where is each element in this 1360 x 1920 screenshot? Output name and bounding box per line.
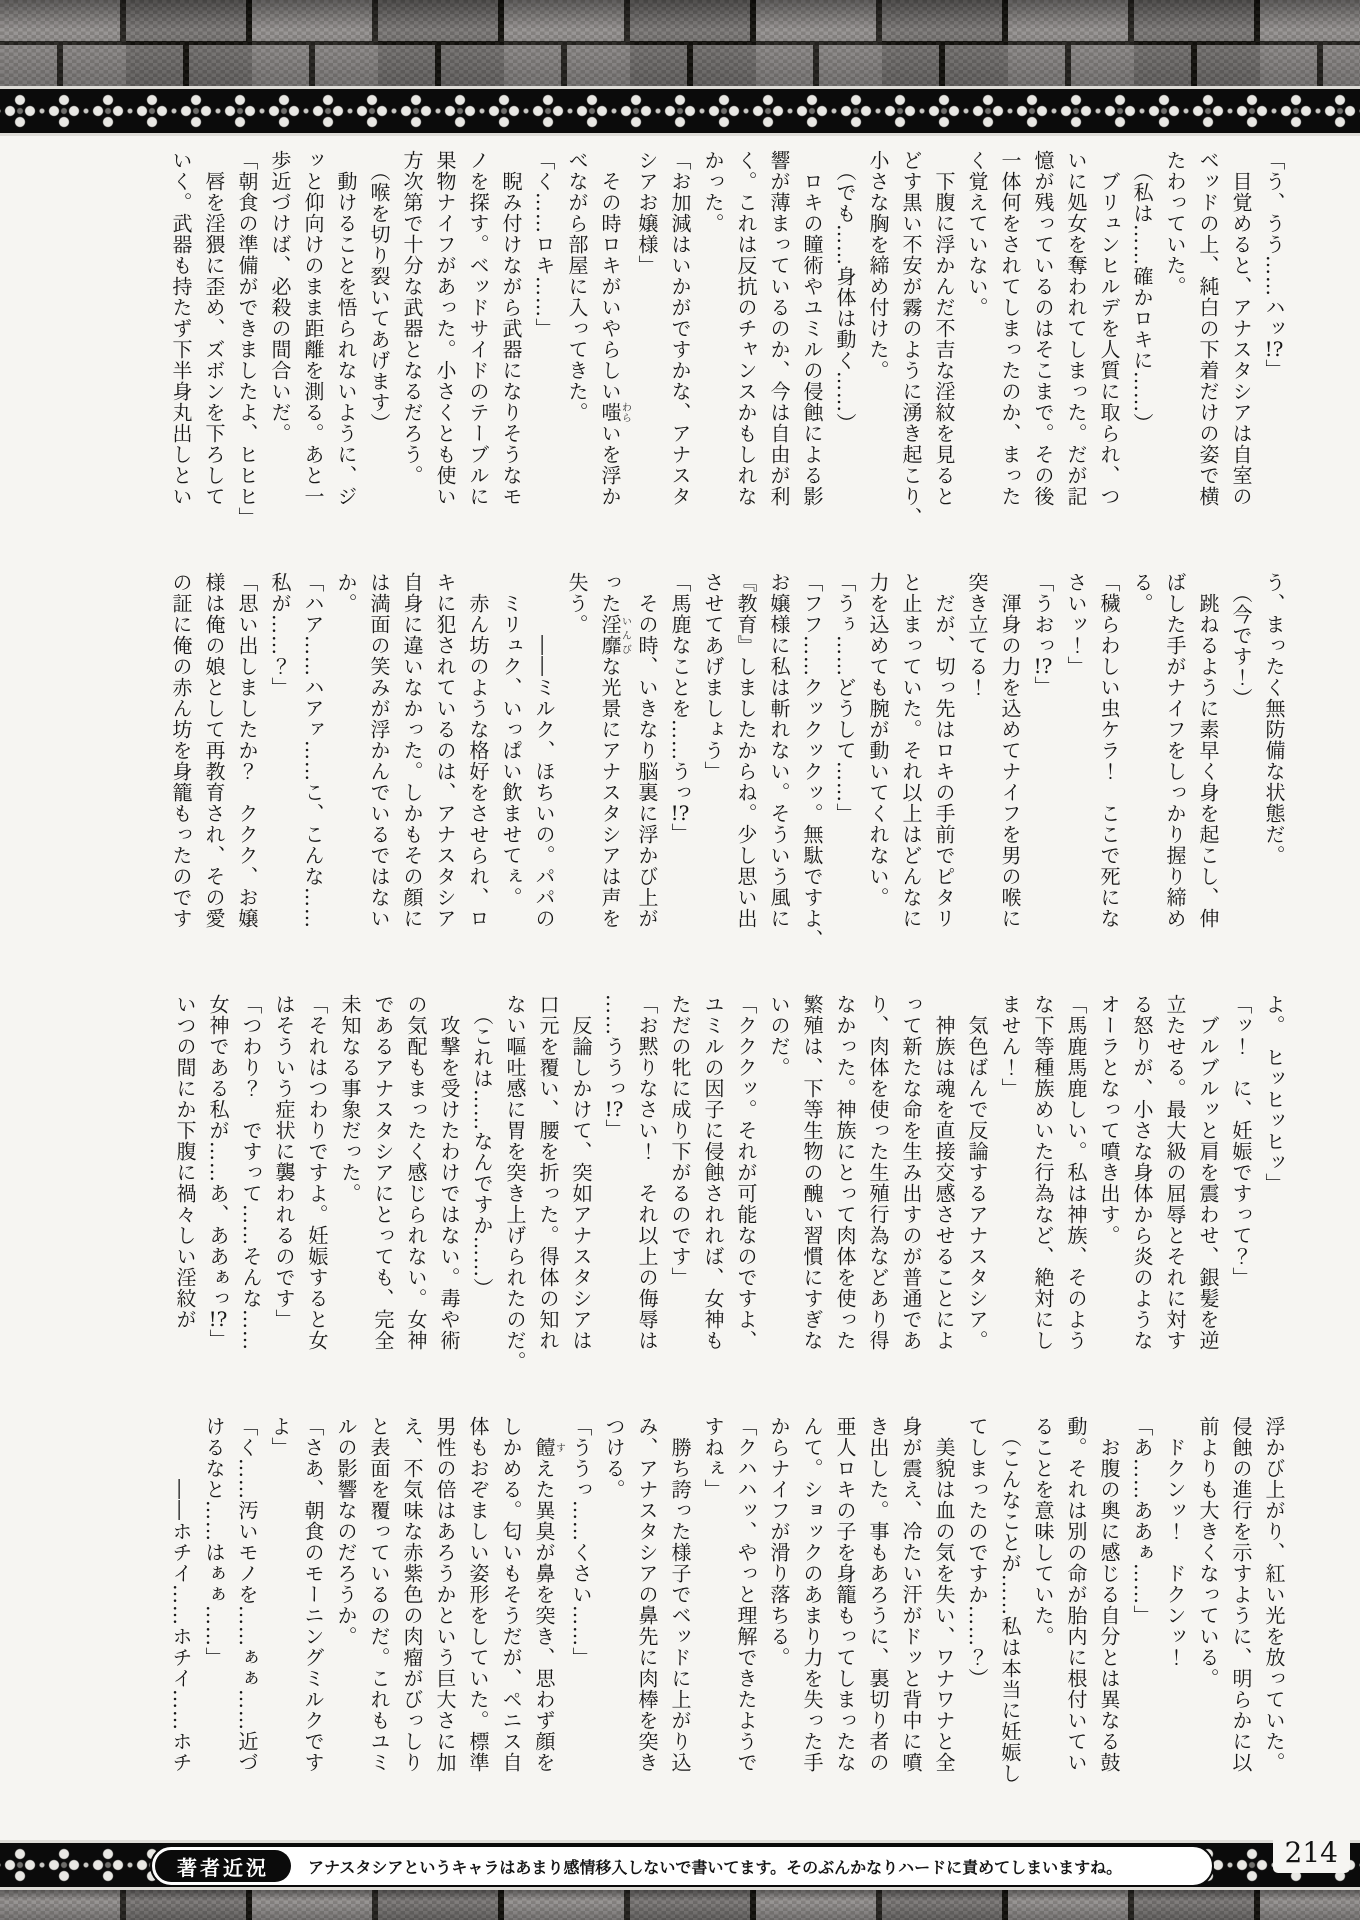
- text-column: ユミルの因子に侵蝕されれば、女神も: [696, 994, 729, 1384]
- text-column: ロキの瞳術やユミルの侵蝕による影: [795, 150, 828, 540]
- text-column: ――ホチイ……ホチイ……ホチ: [166, 1416, 197, 1806]
- text-column: の気配もまったく感じられない。女神: [399, 994, 432, 1384]
- text-column: 「お加減はいかがですかな、アナスタ: [663, 150, 696, 540]
- tate-chu-yoko: !?: [1262, 339, 1286, 359]
- text-column: シアお嬢様」: [630, 150, 663, 540]
- text-column: 浮かび上がり、紅い光を放っていた。: [1257, 1416, 1290, 1806]
- text-column: ッと仰向けのまま距離を測る。あと一: [296, 150, 329, 540]
- text-column: 「うおっ!?」: [1026, 572, 1059, 962]
- text-column: 「つわり？ ですって……そんな……: [234, 994, 267, 1384]
- floral-ornament-bottom: 著者近況 アナスタシアというキャラはあまり感情移入しないで書いてます。そのぶんか…: [0, 1840, 1360, 1890]
- floral-ornament-top: [0, 86, 1360, 136]
- text-column: り、肉体を使った生殖行為などあり得: [861, 994, 894, 1384]
- text-column: お腹の奥に感じる自分とは異なる鼓: [1092, 1416, 1125, 1806]
- text-column: み、アナスタシアの鼻先に肉棒を突き: [630, 1416, 663, 1806]
- text-column: ない嘔吐感に胃を突き上げられたのだ。: [498, 994, 531, 1384]
- text-column: 『教育』しましたからね。少し思い出: [729, 572, 762, 962]
- text-column: からナイフが滑り落ちる。: [762, 1416, 795, 1806]
- text-column: いのだ。: [762, 994, 795, 1384]
- tate-chu-yoko: !?: [602, 1099, 626, 1119]
- text-column: は満面の笑みが浮かんでいるではない: [362, 572, 395, 962]
- text-column: 勝ち誇った様子でベッドに上がり込: [663, 1416, 696, 1806]
- text-column: 口元を覆い、腰を折った。得体の知れ: [531, 994, 564, 1384]
- text-column: すねぇ」: [696, 1416, 729, 1806]
- text-column: か。: [329, 572, 362, 962]
- text-column: な下等種族めいた行為など、絶対にし: [1026, 994, 1059, 1384]
- text-column: 未知なる事象だった。: [333, 994, 366, 1384]
- text-column: （私は……確かロキに……）: [1125, 150, 1158, 540]
- text-column: ノを探す。ベッドサイドのテーブルに: [461, 150, 494, 540]
- text-column: 「あ……ああぁ……」: [1125, 1416, 1158, 1806]
- text-column: 神族は魂を直接交感させることによ: [927, 994, 960, 1384]
- text-column: ブルブルッと肩を震わせ、銀髪を逆: [1191, 994, 1224, 1384]
- text-column: 「それはつわりですよ。妊娠すると女: [300, 994, 333, 1384]
- text-column: 失う。: [560, 572, 593, 962]
- text-column: であるアナスタシアにとっても、完全: [366, 994, 399, 1384]
- text-column: ブリュンヒルデを人質に取られ、つ: [1092, 150, 1125, 540]
- text-column: 体もおぞましい姿形をしていた。標準: [461, 1416, 494, 1806]
- text-column: 小さな胸を締め付けた。: [861, 150, 894, 540]
- text-column: 美貌は血の気を失い、ワナワナと全: [927, 1416, 960, 1806]
- text-column: 「馬鹿馬鹿しい。私は神族、そのよう: [1059, 994, 1092, 1384]
- text-column: く覚えていない。: [960, 150, 993, 540]
- text-column: 立たせる。最大級の屈辱とそれに対す: [1158, 994, 1191, 1384]
- text-column: る怒りが、小さな身体から炎のような: [1125, 994, 1158, 1384]
- page-number: 214: [1273, 1833, 1350, 1873]
- text-column: 憶が残っているのはそこまで。その後: [1026, 150, 1059, 540]
- text-column: 繁殖は、下等生物の醜い習慣にすぎな: [795, 994, 828, 1384]
- text-column: 「く……汚いモノを……ぁぁ……近づ: [230, 1416, 263, 1806]
- text-column: 饐すえた異臭が鼻を突き、思わず顔を: [527, 1416, 564, 1806]
- tate-chu-yoko: !?: [206, 1309, 230, 1329]
- text-column: 女神である私が……あ、ああぁっ!?」: [201, 994, 234, 1384]
- tate-chu-yoko: !?: [1031, 656, 1055, 676]
- author-note-label: 著者近況: [155, 1850, 291, 1882]
- brick-texture-bottom: [0, 1890, 1360, 1920]
- text-column: ――ミルク、ほちいの。パパの: [527, 572, 560, 962]
- text-column: けるなと……はぁぁ……」: [197, 1416, 230, 1806]
- text-column: 私が……？」: [263, 572, 296, 962]
- text-column: 自身に違いなかった。しかもその顔に: [395, 572, 428, 962]
- text-column: った淫靡いんびな光景にアナスタシアは声を: [593, 572, 630, 962]
- text-column: その時、いきなり脳裏に浮かび上が: [630, 572, 663, 962]
- text-column: よ。 ヒッヒッヒッ」: [1257, 994, 1290, 1384]
- text-column: 「ッ！ に、妊娠ですって？」: [1224, 994, 1257, 1384]
- text-column: ミリュク、いっぱい飲ませてぇ。: [494, 572, 527, 962]
- text-column: 赤ん坊のような格好をさせられ、ロ: [461, 572, 494, 962]
- text-column: 「クククッ。それが可能なのですよ、: [729, 994, 762, 1384]
- text-column: う、まったく無防備な状態だ。: [1257, 572, 1290, 962]
- text-column: 「馬鹿なことを……うっ!?」: [663, 572, 696, 962]
- text-column: 身が震え、冷たい汗がドッと背中に噴: [894, 1416, 927, 1806]
- text-column: 力を込めても腕が動いてくれない。: [861, 572, 894, 962]
- text-column: どす黒い不安が霧のように湧き起こり、: [894, 150, 927, 540]
- text-column: （今です！）: [1224, 572, 1257, 962]
- text-band-3: よ。 ヒッヒッヒッ」「ッ！ に、妊娠ですって？」 ブルブルッと肩を震わせ、銀髪を…: [166, 994, 1290, 1384]
- text-column: 「ううっ……くさい……」: [564, 1416, 597, 1806]
- text-column: （喉を切り裂いてあげます）: [362, 150, 395, 540]
- text-column: 前よりも大きくなっている。: [1191, 1416, 1224, 1806]
- text-band-4: 浮かび上がり、紅い光を放っていた。侵蝕の進行を示すように、明らかに以前よりも大き…: [166, 1416, 1290, 1806]
- author-note-comment: アナスタシアというキャラはあまり感情移入しないで書いてます。そのぶんかなりハード…: [294, 1847, 1212, 1885]
- text-column: と止まっていた。それ以上はどんなに: [894, 572, 927, 962]
- text-column: 「クハハッ、やっと理解できたようで: [729, 1416, 762, 1806]
- text-column: はそういう症状に襲われるのです」: [267, 994, 300, 1384]
- text-column: なかった。神族にとって肉体を使った: [828, 994, 861, 1384]
- text-column: てしまったのですか……？）: [960, 1416, 993, 1806]
- text-column: る。: [1125, 572, 1158, 962]
- text-column: 動。それは別の命が胎内に根付いてい: [1059, 1416, 1092, 1806]
- text-column: 跳ねるように素早く身を起こし、伸: [1191, 572, 1224, 962]
- text-column: 「朝食の準備ができましたよ、ヒヒヒ」: [230, 150, 263, 540]
- text-column: （こんなことが……私は本当に妊娠し: [993, 1416, 1026, 1806]
- text-column: いに処女を奪われてしまった。だが記: [1059, 150, 1092, 540]
- text-column: べながら部屋に入ってきた。: [560, 150, 593, 540]
- text-column: させてあげましょう」: [696, 572, 729, 962]
- text-column: さいッ！」: [1059, 572, 1092, 962]
- text-column: オーラとなって噴き出す。: [1092, 994, 1125, 1384]
- text-column: 目覚めると、アナスタシアは自室の: [1224, 150, 1257, 540]
- text-column: 亜人ロキの子を身籠もってしまったな: [828, 1416, 861, 1806]
- text-column: 下腹に浮かんだ不吉な淫紋を見ると: [927, 150, 960, 540]
- novel-text-area: 「う、うう……ハッ!?」 目覚めると、アナスタシアは自室のベッドの上、純白の下着…: [0, 136, 1360, 1806]
- brick-texture-top: [0, 0, 1360, 86]
- text-column: 渾身の力を込めてナイフを男の喉に: [993, 572, 1026, 962]
- text-column: ただの牝に成り下がるのです」: [663, 994, 696, 1384]
- text-column: 「穢らわしい虫ケラ！ ここで死にな: [1092, 572, 1125, 962]
- text-column: いく。武器も持たず下半身丸出しとい: [166, 150, 197, 540]
- text-column: 「ハア……ハアァ……こ、こんな……: [296, 572, 329, 962]
- text-column: つける。: [597, 1416, 630, 1806]
- page-border-bottom: 著者近況 アナスタシアというキャラはあまり感情移入しないで書いてます。そのぶんか…: [0, 1840, 1360, 1920]
- text-column: 「お黙りなさい！ それ以上の侮辱は: [630, 994, 663, 1384]
- text-column: 歩近づけば、必殺の間合いだ。: [263, 150, 296, 540]
- text-column: かった。: [696, 150, 729, 540]
- text-column: え、不気味な赤紫色の肉瘤がびっしり: [395, 1416, 428, 1806]
- text-column: たわっていた。: [1158, 150, 1191, 540]
- book-page: 「う、うう……ハッ!?」 目覚めると、アナスタシアは自室のベッドの上、純白の下着…: [0, 0, 1360, 1920]
- text-column: って新たな命を生み出すのが普通であ: [894, 994, 927, 1384]
- text-column: キに犯されているのは、アナスタシア: [428, 572, 461, 962]
- text-column: しかめる。匂いもそうだが、ペニス自: [494, 1416, 527, 1806]
- text-column: 反論しかけて、突如アナスタシアは: [564, 994, 597, 1384]
- text-column: だが、切っ先はロキの手前でピタリ: [927, 572, 960, 962]
- text-column: 「思い出しましたか？ ククク、お嬢: [230, 572, 263, 962]
- text-band-1: 「う、うう……ハッ!?」 目覚めると、アナスタシアは自室のベッドの上、純白の下着…: [166, 150, 1290, 540]
- text-column: ドクンッ！ ドクンッ！: [1158, 1416, 1191, 1806]
- text-column: その時ロキがいやらしい嗤わらいを浮か: [593, 150, 630, 540]
- text-column: ……ううっ!?」: [597, 994, 630, 1384]
- text-column: ベッドの上、純白の下着だけの姿で横: [1191, 150, 1224, 540]
- text-column: ルの影響なのだろうか。: [329, 1416, 362, 1806]
- text-column: よ」: [263, 1416, 296, 1806]
- text-column: 睨み付けながら武器になりそうなモ: [494, 150, 527, 540]
- text-column: 動けることを悟られないように、ジ: [329, 150, 362, 540]
- text-column: 侵蝕の進行を示すように、明らかに以: [1224, 1416, 1257, 1806]
- text-column: 一体何をされてしまったのか、まった: [993, 150, 1026, 540]
- text-column: （これは……なんですか……）: [465, 994, 498, 1384]
- text-band-2: う、まったく無防備な状態だ。 （今です！） 跳ねるように素早く身を起こし、伸ばし…: [166, 572, 1290, 962]
- text-column: お嬢様に私は斬れない。そういう風に: [762, 572, 795, 962]
- text-column: く。これは反抗のチャンスかもしれな: [729, 150, 762, 540]
- text-column: き出した。事もあろうに、裏切り者の: [861, 1416, 894, 1806]
- text-column: 「フフ……クックックッ。無駄ですよ、: [795, 572, 828, 962]
- text-column: 方次第で十分な武器となるだろう。: [395, 150, 428, 540]
- text-column: いつの間にか下腹に禍々しい淫紋が: [168, 994, 201, 1384]
- text-column: の証に俺の赤ん坊を身籠もったのです: [166, 572, 197, 962]
- text-column: 男性の倍はあろうかという巨大さに加: [428, 1416, 461, 1806]
- text-column: 攻撃を受けたわけではない。毒や術: [432, 994, 465, 1384]
- text-column: 「う、うう……ハッ!?」: [1257, 150, 1290, 540]
- text-column: （でも……身体は動く……）: [828, 150, 861, 540]
- text-column: 「く……ロキ……」: [527, 150, 560, 540]
- text-column: 気色ばんで反論するアナスタシア。: [960, 994, 993, 1384]
- text-column: と表面を覆っているのだ。これもユミ: [362, 1416, 395, 1806]
- text-column: ることを意味していた。: [1026, 1416, 1059, 1806]
- text-column: 響が薄まっているのか、今は自由が利: [762, 150, 795, 540]
- text-column: 突き立てる！: [960, 572, 993, 962]
- text-column: 唇を淫猥に歪め、ズボンを下ろして: [197, 150, 230, 540]
- text-column: 「うぅ……どうして……」: [828, 572, 861, 962]
- text-column: ばした手がナイフをしっかり握り締め: [1158, 572, 1191, 962]
- text-column: 「さあ、朝食のモーニングミルクです: [296, 1416, 329, 1806]
- page-border-top: [0, 0, 1360, 136]
- text-column: 様は俺の娘として再教育され、その愛: [197, 572, 230, 962]
- text-column: んて。ショックのあまり力を失った手: [795, 1416, 828, 1806]
- text-column: 果物ナイフがあった。小さくとも使い: [428, 150, 461, 540]
- author-note-bar: 著者近況 アナスタシアというキャラはあまり感情移入しないで書いてます。そのぶんか…: [150, 1845, 1214, 1887]
- tate-chu-yoko: !?: [668, 803, 692, 823]
- text-column: ません！」: [993, 994, 1026, 1384]
